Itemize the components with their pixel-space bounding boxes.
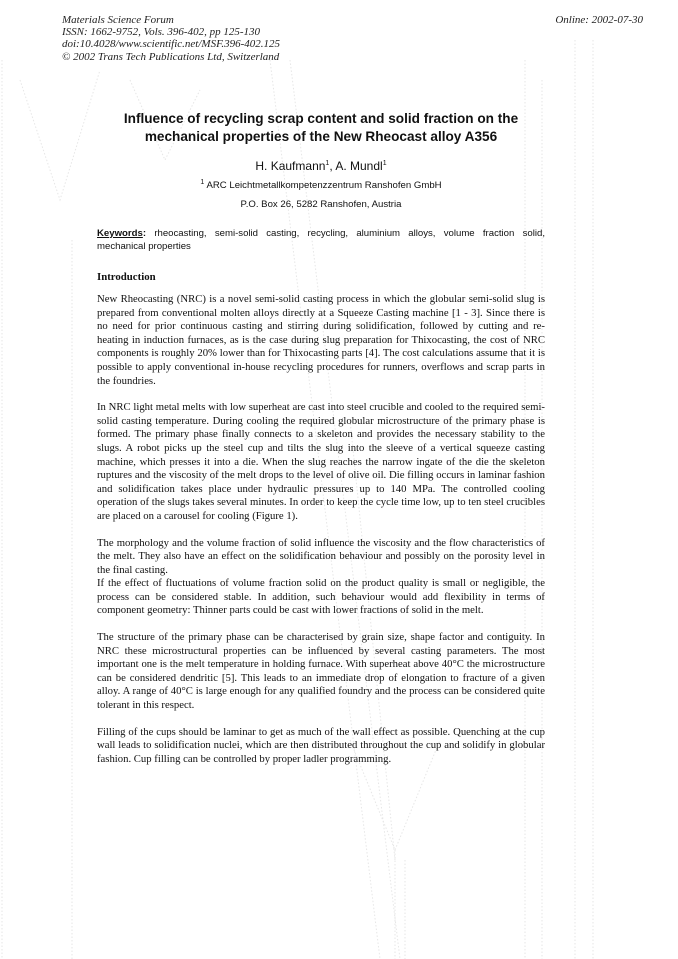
author-name: A. Mundl (335, 159, 382, 173)
affiliation-marker: 1 (200, 179, 204, 186)
affiliation: 1 ARC Leichtmetallkompetenzzentrum Ransh… (97, 179, 545, 192)
title-line-2: mechanical properties of the New Rheocas… (97, 128, 545, 146)
affiliation-address: P.O. Box 26, 5282 Ranshofen, Austria (97, 198, 545, 211)
keywords-colon: : (143, 228, 146, 239)
paragraph: If the effect of fluctuations of volume … (97, 577, 545, 618)
paper-title: Influence of recycling scrap content and… (97, 110, 545, 146)
copyright-line: © 2002 Trans Tech Publications Ltd, Swit… (62, 51, 280, 63)
paragraph: New Rheocasting (NRC) is a novel semi-so… (97, 293, 545, 388)
online-date: Online: 2002-07-30 (555, 14, 643, 26)
paper-body: Influence of recycling scrap content and… (97, 110, 545, 766)
author-name: H. Kaufmann (255, 159, 325, 173)
author-list: H. Kaufmann1, A. Mundl1 (97, 158, 545, 174)
paragraph: Filling of the cups should be laminar to… (97, 726, 545, 767)
affiliation-marker: 1 (383, 160, 387, 167)
doi-line[interactable]: doi:10.4028/www.scientific.net/MSF.396-4… (62, 38, 280, 50)
paragraph: In NRC light metal melts with low superh… (97, 401, 545, 523)
journal-header: Materials Science Forum ISSN: 1662-9752,… (62, 14, 280, 63)
keywords-label: Keywords (97, 228, 143, 239)
journal-name: Materials Science Forum (62, 14, 280, 26)
paragraph: The structure of the primary phase can b… (97, 631, 545, 713)
keywords-list: rheocasting, semi-solid casting, recycli… (97, 228, 545, 252)
paragraph: The morphology and the volume fraction o… (97, 537, 545, 578)
keywords: Keywords: rheocasting, semi-solid castin… (97, 228, 545, 253)
section-heading-introduction: Introduction (97, 271, 545, 284)
title-line-1: Influence of recycling scrap content and… (97, 110, 545, 128)
affiliation-name: ARC Leichtmetallkompetenzzentrum Ranshof… (206, 180, 441, 191)
issn-line: ISSN: 1662-9752, Vols. 396-402, pp 125-1… (62, 26, 280, 38)
